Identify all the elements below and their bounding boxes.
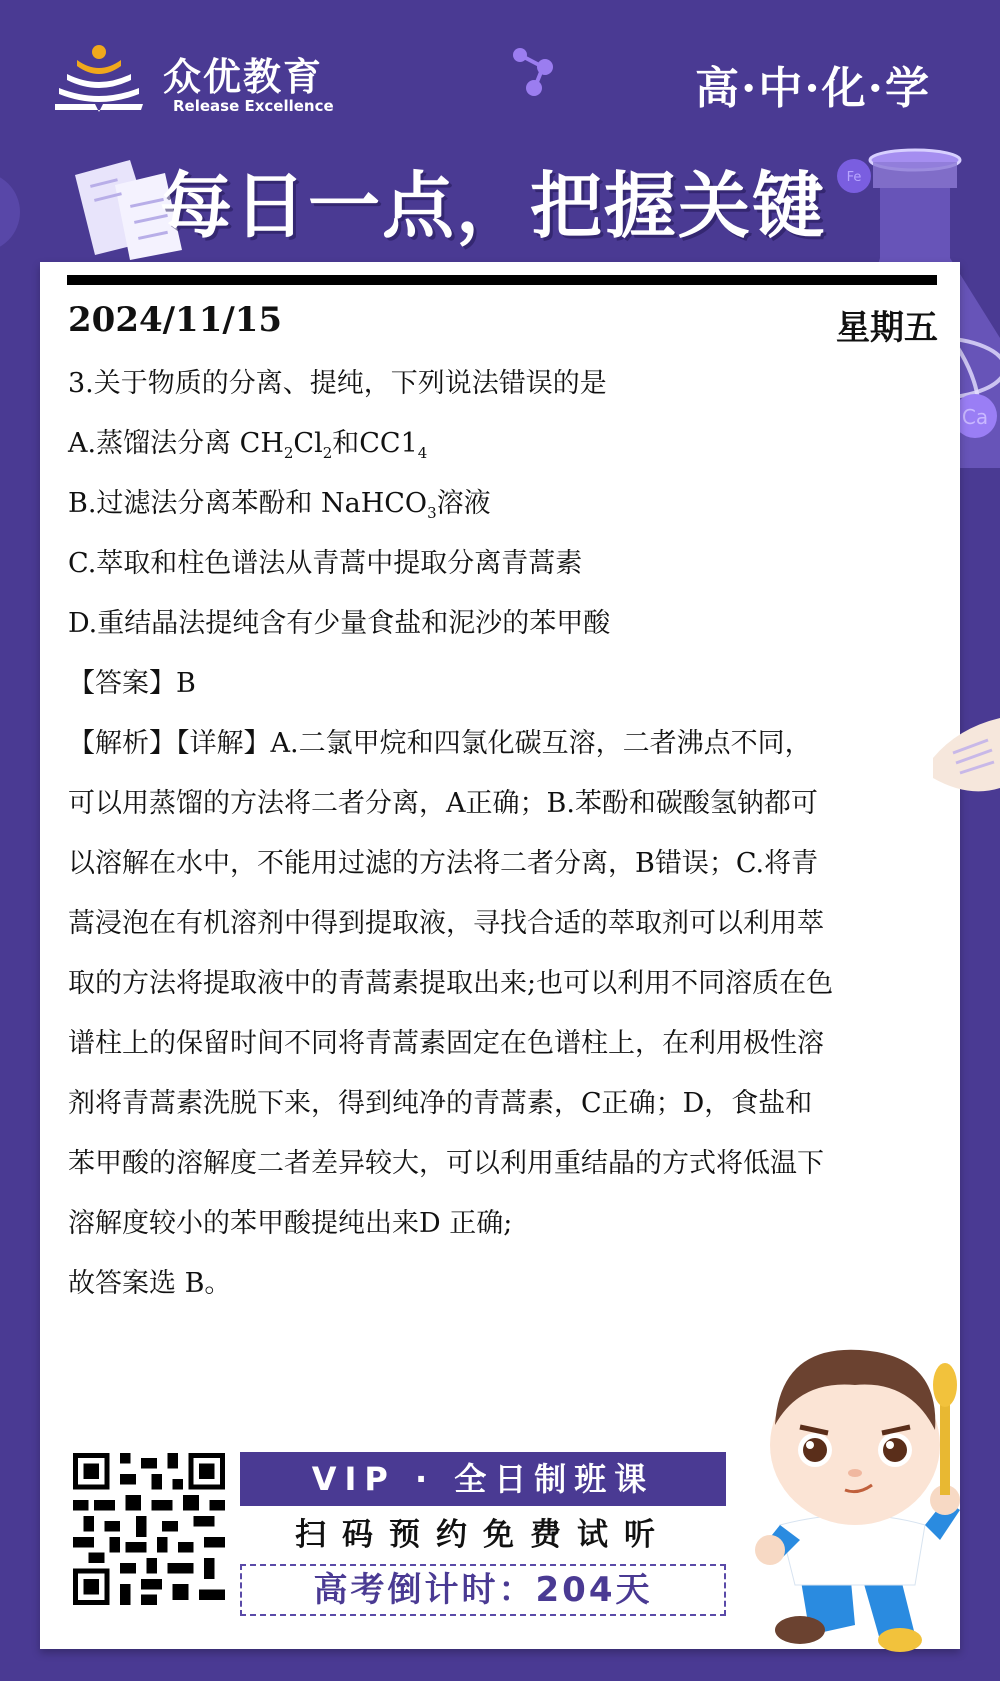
brand-logo: 众优教育 Release Excellence bbox=[55, 42, 355, 117]
qr-code[interactable] bbox=[73, 1453, 225, 1605]
conclusion-line: 故答案选 B。 bbox=[68, 1254, 948, 1314]
exam-countdown: 高考倒计时：204天 bbox=[240, 1564, 726, 1616]
explanation-line: 【解析】【详解】A.二氯甲烷和四氯化碳互溶，二者沸点不同， bbox=[68, 714, 948, 774]
explanation-line: 溶解度较小的苯甲酸提纯出来D 正确; bbox=[68, 1194, 948, 1254]
subject-title: 高·中·化·学 bbox=[695, 52, 931, 116]
vip-class-banner: VIP · 全日制班课 bbox=[240, 1452, 726, 1506]
option-d: D.重结晶法提纯含有少量食盐和泥沙的苯甲酸 bbox=[68, 594, 948, 654]
paper-curl-icon bbox=[928, 718, 1000, 798]
question-content: 3.关于物质的分离、提纯，下列说法错误的是 A.蒸馏法分离 CH2Cl2和CC1… bbox=[68, 354, 948, 1314]
option-c: C.萃取和柱色谱法从青蒿中提取分离青蒿素 bbox=[68, 534, 948, 594]
explanation-line: 剂将青蒿素洗脱下来，得到纯净的青蒿素，C正确；D，食盐和 bbox=[68, 1074, 948, 1134]
scan-to-book-label: 扫码预约免费试听 bbox=[240, 1506, 726, 1564]
explanation-line: 取的方法将提取液中的青蒿素提取出来;也可以利用不同溶质在色 bbox=[68, 954, 948, 1014]
option-a: A.蒸馏法分离 CH2Cl2和CC14 bbox=[68, 414, 948, 474]
date: 2024/11/15 bbox=[68, 300, 282, 340]
explanation-line: 以溶解在水中，不能用过滤的方法将二者分离，B错误；C.将青 bbox=[68, 834, 948, 894]
explanation-line: 谱柱上的保留时间不同将青蒿素固定在色谱柱上，在利用极性溶 bbox=[68, 1014, 948, 1074]
brand-name-cn: 众优教育 bbox=[163, 46, 323, 101]
option-b: B.过滤法分离苯酚和 NaHCO3溶液 bbox=[68, 474, 948, 534]
brand-name-en: Release Excellence bbox=[173, 97, 334, 115]
question-stem: 3.关于物质的分离、提纯，下列说法错误的是 bbox=[68, 354, 948, 414]
answer: 【答案】B bbox=[68, 654, 948, 714]
weekday: 星期五 bbox=[836, 300, 938, 349]
molecule-icon bbox=[510, 45, 560, 100]
promo-block: VIP · 全日制班课 扫码预约免费试听 高考倒计时：204天 bbox=[240, 1452, 726, 1616]
explanation-line: 苯甲酸的溶解度二者差异较大，可以利用重结晶的方式将低温下 bbox=[68, 1134, 948, 1194]
decorative-orb bbox=[0, 165, 25, 260]
explanation-line: 蒿浸泡在有机溶剂中得到提取液，寻找合适的萃取剂可以利用萃 bbox=[68, 894, 948, 954]
headline: 每日一点，把握关键 bbox=[160, 148, 826, 252]
divider bbox=[67, 275, 937, 285]
mascot-boy-illustration bbox=[740, 1335, 970, 1660]
svg-text:Ca: Ca bbox=[962, 405, 988, 429]
brand-logo-icon bbox=[55, 42, 147, 117]
explanation-line: 可以用蒸馏的方法将二者分离，A正确；B.苯酚和碳酸氢钠都可 bbox=[68, 774, 948, 834]
